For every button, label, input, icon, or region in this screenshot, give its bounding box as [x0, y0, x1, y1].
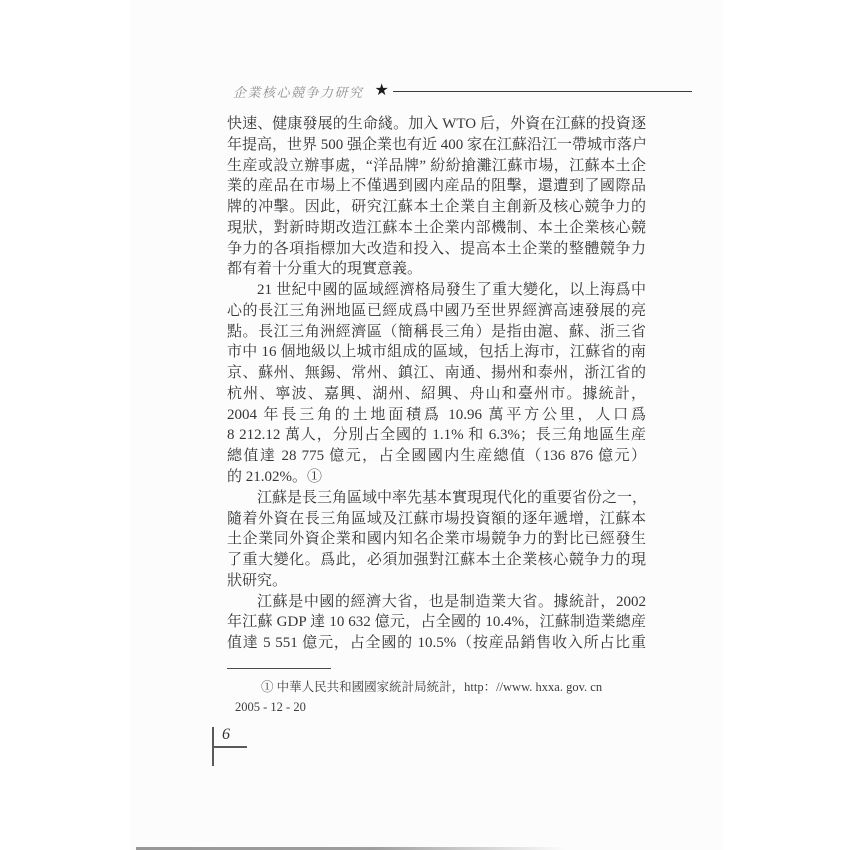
text-line: 業的産品在市場上不僅遇到國内産品的阻擊，還遭到了國際品 [227, 176, 646, 197]
text-line: 京、蘇州、無錫、常州、鎮江、南通、揚州和泰州，浙江省的 [227, 363, 646, 384]
text-line: 的 21.02%。① [227, 467, 646, 488]
text-line: 了重大變化。爲此，必須加强對江蘇本土企業核心競争力的現 [227, 550, 646, 571]
page-number: 6 [222, 726, 230, 744]
text-line: 江蘇是中國的經濟大省，也是制造業大省。據統計，2002 [227, 592, 646, 613]
text-line: 現狀，對新時期改造江蘇本土企業内部機制、本土企業核心競 [227, 218, 646, 239]
text-line: 狀研究。 [227, 571, 646, 592]
text-line: 2004 年長三角的土地面積爲 10.96 萬平方公里，人口爲 [227, 405, 646, 426]
text-line: 土企業同外資企業和國内知名企業市場競争力的對比已經發生 [227, 529, 646, 550]
text-line: 隨着外資在長三角區域及江蘇市場投資額的逐年遞增，江蘇本 [227, 509, 646, 530]
page-edge-shadow [136, 847, 566, 850]
footnote-line: 2005 - 12 - 20 [227, 697, 651, 717]
text-line: 年江蘇 GDP 達 10 632 億元，占全國的 10.4%，江蘇制造業總産 [227, 612, 646, 633]
text-line: 點。長江三角洲經濟區（簡稱長三角）是指由滬、蘇、浙三省 [227, 322, 646, 343]
footnote-separator-rule [227, 668, 331, 669]
text-line: 牌的冲擊。因此，研究江蘇本土企業自主創新及核心競争力的 [227, 197, 646, 218]
folio-horizontal-rule [212, 746, 247, 748]
body-text-block: 快速、健康發展的生命綫。加入 WTO 后，外資在江蘇的投資逐 年提高，世界 50… [227, 114, 646, 654]
text-line: 8 212.12 萬人，分別占全國的 1.1% 和 6.3%；長三角地區生産 [227, 425, 646, 446]
text-line: 都有着十分重大的現實意義。 [227, 259, 646, 280]
text-line: 總值達 28 775 億元，占全國國内生産總值（136 876 億元） [227, 446, 646, 467]
header-rule-line [393, 91, 692, 92]
text-line: 生産或設立辦事處，“洋品牌” 紛紛搶灘江蘇市場，江蘇本土企 [227, 156, 646, 177]
running-header: 企業核心競争力研究 ★ [233, 82, 692, 100]
text-line: 年提高，世界 500 强企業也有近 400 家在江蘇沿江一帶城市落户 [227, 135, 646, 156]
star-icon: ★ [375, 83, 389, 99]
footnote-block: ① 中華人民共和國國家統計局統計，http：//www. hxxa. gov. … [227, 677, 651, 717]
text-line: 快速、健康發展的生命綫。加入 WTO 后，外資在江蘇的投資逐 [227, 114, 646, 135]
running-header-title: 企業核心競争力研究 [233, 82, 364, 101]
text-line: 江蘇是長三角區域中率先基本實現現代化的重要省份之一， [227, 488, 646, 509]
text-line: 争力的各項指標加大改造和投入、提高本土企業的整體競争力 [227, 239, 646, 260]
text-line: 杭州、寧波、嘉興、湖州、紹興、舟山和臺州市。據統計， [227, 384, 646, 405]
text-line: 值達 5 551 億元，占全國的 10.5%（按産品銷售收入所占比重 [227, 633, 646, 654]
text-line: 心的長江三角洲地區已經成爲中國乃至世界經濟高速發展的亮 [227, 301, 646, 322]
text-line: 21 世紀中國的區域經濟格局發生了重大變化，以上海爲中 [227, 280, 646, 301]
scanned-book-page: 企業核心競争力研究 ★ 快速、健康發展的生命綫。加入 WTO 后，外資在江蘇的投… [130, 0, 722, 850]
text-line: 市中 16 個地級以上城市組成的區域，包括上海市，江蘇省的南 [227, 342, 646, 363]
footnote-line: ① 中華人民共和國國家統計局統計，http：//www. hxxa. gov. … [227, 677, 651, 697]
